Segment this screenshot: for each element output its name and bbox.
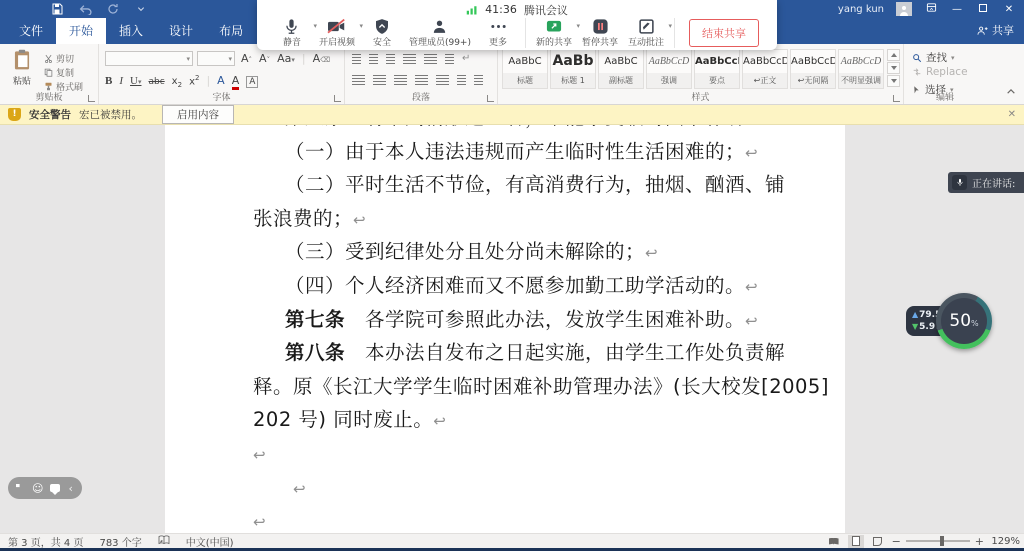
align-right-icon[interactable] — [394, 75, 407, 85]
sort-icon[interactable] — [445, 54, 454, 64]
user-avatar[interactable] — [896, 2, 912, 16]
justify-icon[interactable] — [415, 75, 428, 85]
pause-icon — [592, 17, 609, 35]
tab-文件[interactable]: 文件 — [6, 18, 56, 44]
meeting-button-新的共享[interactable]: 新的共享▾ — [536, 17, 572, 48]
bullets-icon[interactable] — [352, 54, 361, 64]
speaking-mic-icon — [952, 175, 967, 190]
language-indicator[interactable]: 中文(中国) — [186, 534, 234, 549]
grow-font-button[interactable]: A˄ — [241, 52, 252, 65]
meeting-toolbar: 41:36 腾讯会议 静音▾开启视频▾安全管理成员(99+)更多新的共享▾暂停共… — [257, 0, 777, 50]
performance-percent: 50 — [949, 311, 971, 331]
paragraph-mark: ↩ — [745, 144, 758, 162]
bold-button[interactable]: B — [105, 75, 112, 87]
paragraph-mark: ↩ — [253, 446, 266, 464]
cut-icon — [44, 54, 53, 63]
zoom-control: − + — [892, 535, 984, 548]
font-row-2: B I U▾ abc x2 x2 | A A A — [105, 74, 258, 90]
document-line: 张浪费的；↩ — [253, 202, 758, 236]
paste-icon — [12, 49, 32, 71]
speaking-indicator: 正在讲话: — [948, 172, 1024, 193]
quick-access-toolbar — [50, 2, 148, 16]
paragraph-mark: ↩ — [253, 513, 266, 531]
zoom-slider-handle[interactable] — [940, 536, 944, 546]
security-warning-bar: ! 安全警告 宏已被禁用。 启用内容 ✕ — [0, 105, 1024, 125]
paragraph-dialog-launcher[interactable] — [487, 95, 494, 102]
document-line: 释。原《长江大学学生临时困难补助管理办法》(长大校发[2005] — [253, 370, 758, 404]
meeting-timer: 41:36 — [485, 3, 517, 16]
paragraph-mark: ↩ — [433, 412, 446, 430]
meeting-toolbar-divider — [674, 18, 675, 48]
web-layout-button[interactable] — [870, 535, 886, 548]
align-left-icon[interactable] — [352, 75, 365, 85]
style-card-↩正文[interactable]: AaBbCcDd↩正文 — [742, 49, 788, 89]
styles-group: AaBbC标题AaBb标题 1AaBbC副标题AaBbCcD强调AaBbCcD要… — [498, 44, 904, 104]
meeting-button-更多[interactable]: 更多 — [481, 17, 515, 48]
replace-button[interactable]: Replace — [912, 66, 968, 78]
show-marks-icon[interactable]: ↵ — [462, 53, 470, 64]
meeting-button-安全[interactable]: 安全 — [365, 17, 399, 48]
document-page[interactable]: 第六条 有下列情形之一者，不能享受临时困难补助：（一）由于本人违法违规而产生临时… — [165, 125, 845, 533]
meeting-button-管理成员(99+)[interactable]: 管理成员(99+) — [409, 17, 471, 48]
document-line: （一）由于本人违法违规而产生临时性生活困难的；↩ — [253, 135, 758, 169]
meeting-mini-dock: ☺ ‹ — [8, 477, 82, 499]
security-shield-icon: ! — [8, 108, 21, 121]
clipboard-dialog-launcher[interactable] — [88, 95, 95, 102]
font-size-combobox[interactable]: ▾ — [197, 51, 235, 66]
zoom-out-button[interactable]: − — [892, 535, 901, 548]
warning-message: 宏已被禁用。 — [79, 107, 142, 122]
performance-ball[interactable]: 50 % — [936, 293, 992, 349]
chat-icon[interactable] — [50, 484, 60, 492]
shrink-font-button[interactable]: A˅ — [259, 52, 270, 65]
copy-button[interactable]: 复制 — [44, 66, 74, 79]
mic-icon — [283, 17, 300, 35]
font-dialog-launcher[interactable] — [334, 95, 341, 102]
zoom-in-button[interactable]: + — [975, 535, 984, 548]
style-card-副标题[interactable]: AaBbC副标题 — [598, 49, 644, 89]
meeting-buttons: 静音▾开启视频▾安全管理成员(99+)更多新的共享▾暂停共享互动批注▾结束共享 — [257, 16, 777, 48]
save-icon[interactable] — [50, 2, 64, 16]
change-case-button[interactable]: Aa▾ — [277, 52, 295, 65]
document-line: ↩ — [253, 437, 758, 471]
font-row-1: A˄ A˅ Aa▾ | A⌫ — [241, 52, 330, 65]
clipboard-group: 粘贴 剪切 复制 格式刷 剪贴板 — [0, 44, 99, 104]
speaking-label: 正在讲话: — [972, 175, 1015, 190]
cut-button[interactable]: 剪切 — [44, 52, 74, 65]
meeting-button-静音[interactable]: 静音▾ — [275, 17, 309, 48]
meeting-button-互动批注[interactable]: 互动批注▾ — [628, 17, 664, 48]
dropdown-caret-icon[interactable]: ▾ — [669, 22, 673, 30]
status-bar: 第 3 页，共 4 页 783 个字 中文(中国) − + 129% — [0, 533, 1024, 548]
proofing-icon[interactable] — [158, 535, 170, 548]
word-count[interactable]: 783 个字 — [99, 534, 141, 549]
people-icon — [431, 17, 448, 35]
ribbon: 粘贴 剪切 复制 格式刷 剪贴板 ▾ ▾ A˄ A˅ Aa▾ | A⌫ B I — [0, 44, 1024, 105]
dropdown-caret-icon[interactable]: ▾ — [359, 22, 363, 30]
search-icon — [912, 53, 922, 63]
paragraph-mark: ↩ — [293, 480, 306, 498]
signal-icon — [466, 5, 478, 15]
paragraph-mark: ↩ — [353, 211, 366, 229]
meeting-app-title: 腾讯会议 — [524, 2, 568, 18]
minimize-button[interactable]: — — [950, 4, 964, 15]
find-button[interactable]: 查找▾ — [912, 50, 955, 65]
page-indicator[interactable]: 第 3 页，共 4 页 — [8, 534, 83, 549]
borders-icon[interactable] — [474, 75, 483, 85]
styles-gallery-arrows — [887, 49, 900, 87]
subscript-button[interactable]: x2 — [172, 76, 182, 89]
end-share-button[interactable]: 结束共享 — [689, 19, 759, 47]
shading-icon[interactable] — [457, 75, 466, 85]
paragraph-mark: ↩ — [645, 244, 658, 262]
more-icon — [490, 17, 507, 35]
print-layout-button[interactable] — [848, 535, 864, 548]
document-area: 第六条 有下列情形之一者，不能享受临时困难补助：（一）由于本人违法违规而产生临时… — [0, 125, 1024, 533]
text-effects-button[interactable]: A — [217, 74, 225, 87]
paragraph-mark: ↩ — [745, 312, 758, 330]
restore-button[interactable] — [976, 4, 990, 15]
shield-icon — [374, 17, 390, 35]
dropdown-caret-icon[interactable]: ▾ — [313, 22, 317, 30]
signed-in-user[interactable]: yang kun — [838, 4, 884, 15]
share-button[interactable]: 共享 — [977, 22, 1014, 38]
increase-indent-icon[interactable] — [424, 54, 437, 64]
document-line: 第八条 本办法自发布之日起实施，由学生工作处负责解 — [253, 336, 758, 370]
styles-scroll-up[interactable] — [887, 49, 900, 61]
paragraph-group: ↵ 段落 — [345, 44, 498, 104]
strikethrough-button[interactable]: abc — [148, 77, 164, 87]
share-person-icon — [977, 25, 988, 36]
underline-button[interactable]: U▾ — [130, 75, 141, 87]
style-card-要点[interactable]: AaBbCcD要点 — [694, 49, 740, 89]
close-button[interactable]: ✕ — [1002, 4, 1016, 15]
font-color-button[interactable]: A — [232, 74, 240, 90]
font-name-combobox[interactable]: ▾ — [105, 51, 193, 66]
document-line: （二）平时生活不节俭，有高消费行为，抽烟、酗酒、铺 — [253, 168, 758, 202]
multilevel-list-icon[interactable] — [386, 54, 395, 64]
tab-设计[interactable]: 设计 — [156, 18, 206, 44]
document-line: ↩ — [253, 471, 758, 505]
enclose-character-button[interactable]: A — [246, 76, 258, 88]
document-line: （四）个人经济困难而又不愿参加勤工助学活动的。↩ — [253, 269, 758, 303]
font-group: ▾ ▾ A˄ A˅ Aa▾ | A⌫ B I U▾ abc x2 x2 | A … — [99, 44, 345, 104]
upload-arrow-icon: ▲ — [912, 310, 918, 319]
meeting-button-暂停共享[interactable]: 暂停共享 — [582, 17, 618, 48]
document-line: ↩ — [253, 504, 758, 533]
styles-gallery: AaBbC标题AaBb标题 1AaBbC副标题AaBbCcD强调AaBbCcD要… — [502, 49, 884, 89]
document-line: 202 号) 同时废止。↩ — [253, 403, 758, 437]
qat-customize-icon[interactable] — [134, 2, 148, 16]
styles-scroll-down[interactable] — [887, 62, 900, 74]
meeting-button-开启视频[interactable]: 开启视频▾ — [319, 17, 355, 48]
styles-dialog-launcher[interactable] — [893, 95, 900, 102]
numbering-icon[interactable] — [369, 54, 378, 64]
style-card-标题[interactable]: AaBbC标题 — [502, 49, 548, 89]
align-center-icon[interactable] — [373, 75, 386, 85]
zoom-percentage[interactable]: 129% — [990, 536, 1020, 547]
style-card-强调[interactable]: AaBbCcD强调 — [646, 49, 692, 89]
paragraph-mark: ↩ — [745, 278, 758, 296]
redo-icon[interactable] — [106, 2, 120, 16]
replace-icon — [912, 67, 922, 77]
zoom-slider[interactable] — [906, 540, 970, 542]
decrease-indent-icon[interactable] — [403, 54, 416, 64]
document-line: 第六条 有下列情形之一者，不能享受临时困难补助： — [253, 125, 758, 135]
enable-content-button[interactable]: 启用内容 — [162, 105, 234, 124]
emoji-icon[interactable]: ☺ — [32, 483, 43, 494]
warning-close-icon[interactable]: ✕ — [1008, 109, 1016, 120]
collapse-ribbon-icon[interactable] — [1006, 88, 1016, 98]
tab-布局[interactable]: 布局 — [206, 18, 256, 44]
members-grid-icon[interactable] — [16, 484, 25, 493]
superscript-button[interactable]: x2 — [189, 74, 199, 87]
ribbon-display-options-icon[interactable] — [924, 2, 938, 16]
document-line: （三）受到纪律处分且处分尚未解除的；↩ — [253, 235, 758, 269]
styles-more-button[interactable] — [887, 75, 900, 87]
dropdown-caret-icon[interactable]: ▾ — [577, 22, 581, 30]
document-text: 第六条 有下列情形之一者，不能享受临时困难补助：（一）由于本人违法违规而产生临时… — [253, 125, 758, 533]
paste-button[interactable]: 粘贴 — [6, 49, 38, 91]
clear-formatting-button[interactable]: A⌫ — [313, 52, 330, 65]
collapse-dock-icon[interactable]: ‹ — [68, 482, 72, 495]
warning-title: 安全警告 — [29, 107, 71, 122]
document-line: 第七条 各学院可参照此办法，发放学生困难补助。↩ — [253, 303, 758, 337]
italic-button[interactable]: I — [119, 75, 123, 87]
share-icon — [545, 17, 563, 35]
line-spacing-icon[interactable] — [436, 75, 449, 85]
tab-插入[interactable]: 插入 — [106, 18, 156, 44]
meeting-toolbar-divider — [525, 18, 526, 48]
editing-group: 查找▾ Replace 选择▾ 编辑 — [904, 44, 986, 104]
camoff-icon — [327, 17, 346, 35]
style-card-↩无间隔[interactable]: AaBbCcDd↩无间隔 — [790, 49, 836, 89]
download-arrow-icon: ▼ — [912, 322, 918, 331]
read-mode-button[interactable] — [826, 535, 842, 548]
meeting-status-row: 41:36 腾讯会议 — [257, 0, 777, 16]
pen-icon — [638, 17, 655, 35]
undo-icon[interactable] — [78, 2, 92, 16]
style-card-标题 1[interactable]: AaBb标题 1 — [550, 49, 596, 89]
style-card-不明显强调[interactable]: AaBbCcD不明显强调 — [838, 49, 884, 89]
tab-开始[interactable]: 开始 — [56, 18, 106, 44]
copy-icon — [44, 68, 53, 77]
